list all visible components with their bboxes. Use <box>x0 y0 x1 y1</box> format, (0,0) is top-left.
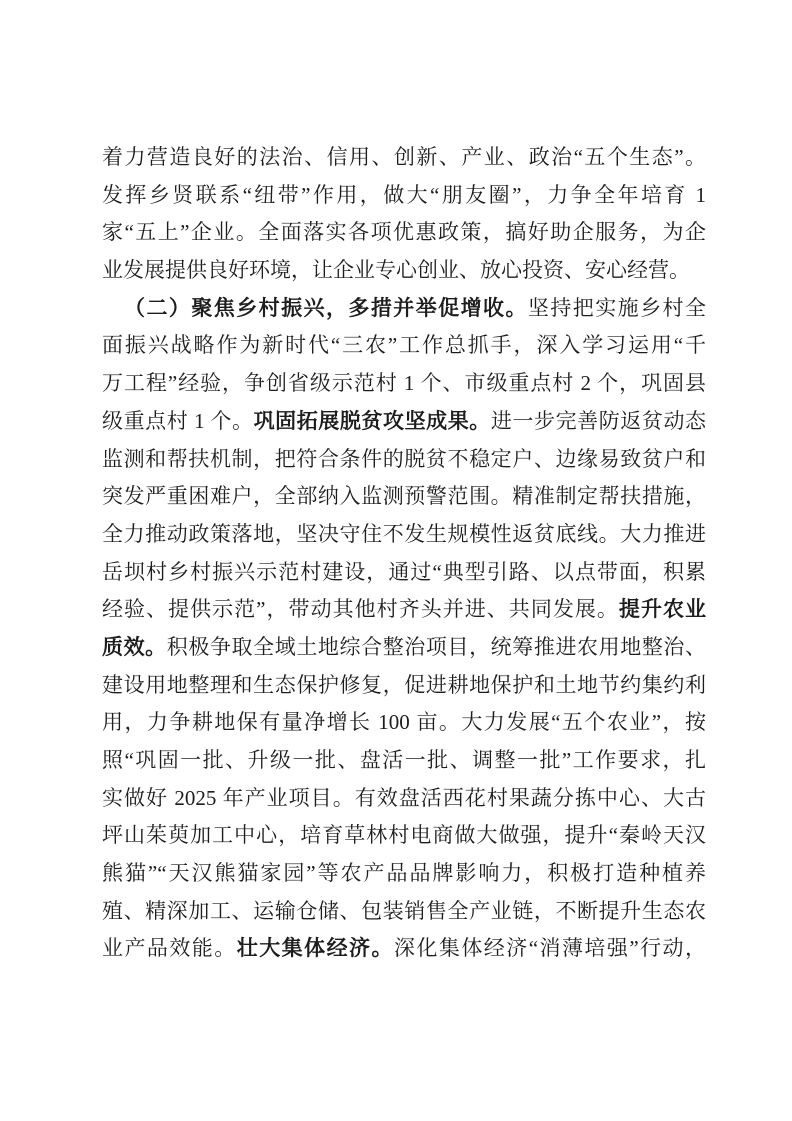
text-run: 级重点村 1 个。 <box>102 409 254 433</box>
text-line: 经验、提供示范”，带动其他村齐头并进、共同发展。提升农业 <box>102 591 706 629</box>
text-run: 发挥乡贤联系“纽带”作用，做大“朋友圈”，力争全年培育 1 <box>102 183 706 207</box>
text-line: 质效。积极争取全域土地综合整治项目，统筹推进农用地整治、 <box>102 629 706 667</box>
text-line: 岳坝村乡村振兴示范村建设，通过“典型引路、以点带面，积累 <box>102 554 706 592</box>
text-run: 坚持把实施乡村全 <box>528 296 706 320</box>
text-run: 业产品效能。 <box>102 936 237 960</box>
text-run: 殖、精深加工、运输仓储、包装销售全产业链，不断提升生态农 <box>102 899 706 923</box>
text-run: 全力推动政策落地，坚决守住不发生规模性返贫底线。大力推进 <box>102 522 706 546</box>
text-line: 殖、精深加工、运输仓储、包装销售全产业链，不断提升生态农 <box>102 893 706 931</box>
text-run: 积极争取全域土地综合整治项目，统筹推进农用地整治、 <box>167 635 706 659</box>
bold-text-run: 提升农业 <box>619 597 706 621</box>
text-run: 万工程”经验，争创省级示范村 1 个、市级重点村 2 个，巩固县 <box>102 371 706 395</box>
text-run: 照“巩固一批、升级一批、盘活一批、调整一批”工作要求，扎 <box>102 748 706 772</box>
text-run: 着力营造良好的法治、信用、创新、产业、政治“五个生态”。 <box>102 145 706 169</box>
text-paragraph: （二）聚焦乡村振兴，多措并举促增收。坚持把实施乡村全面振兴战略作为新时代“三农”… <box>102 290 706 968</box>
text-run: 坪山茱萸加工中心，培育草林村电商做大做强，提升“秦岭天汉 <box>102 823 706 847</box>
text-line: 万工程”经验，争创省级示范村 1 个、市级重点村 2 个，巩固县 <box>102 365 706 403</box>
bold-text-run: 壮大集体经济。 <box>237 936 394 960</box>
text-line: 级重点村 1 个。巩固拓展脱贫攻坚成果。进一步完善防返贫动态 <box>102 403 706 441</box>
text-run: 面振兴战略作为新时代“三农”工作总抓手，深入学习运用“千 <box>102 333 706 357</box>
bold-text-run: 质效。 <box>102 635 167 659</box>
text-line: 着力营造良好的法治、信用、创新、产业、政治“五个生态”。 <box>102 139 706 177</box>
text-run: 业发展提供良好环境，让企业专心创业、放心投资、安心经营。 <box>102 258 690 282</box>
text-line: 照“巩固一批、升级一批、盘活一批、调整一批”工作要求，扎 <box>102 742 706 780</box>
text-line: 面振兴战略作为新时代“三农”工作总抓手，深入学习运用“千 <box>102 327 706 365</box>
text-run: 建设用地整理和生态保护修复，促进耕地保护和土地节约集约利 <box>102 673 706 697</box>
text-run: 熊猫”“天汉熊猫家园”等农产品品牌影响力，积极打造种植养 <box>102 861 706 885</box>
text-run: 深化集体经济“消薄培强”行动， <box>394 936 706 960</box>
text-run: 监测和帮扶机制，把符合条件的脱贫不稳定户、边缘易致贫户和 <box>102 447 706 471</box>
text-block: 着力营造良好的法治、信用、创新、产业、政治“五个生态”。发挥乡贤联系“纽带”作用… <box>102 139 706 968</box>
text-run: 家“五上”企业。全面落实各项优惠政策，搞好助企服务，为企 <box>102 220 706 244</box>
text-run: 突发严重困难户，全部纳入监测预警范围。精准制定帮扶措施， <box>102 484 706 508</box>
text-paragraph: 着力营造良好的法治、信用、创新、产业、政治“五个生态”。发挥乡贤联系“纽带”作用… <box>102 139 706 290</box>
bold-text-run: （二）聚焦乡村振兴，多措并举促增收。 <box>124 296 528 320</box>
text-line: 建设用地整理和生态保护修复，促进耕地保护和土地节约集约利 <box>102 667 706 705</box>
text-line: 熊猫”“天汉熊猫家园”等农产品品牌影响力，积极打造种植养 <box>102 855 706 893</box>
text-line: 监测和帮扶机制，把符合条件的脱贫不稳定户、边缘易致贫户和 <box>102 441 706 479</box>
text-line: 业产品效能。壮大集体经济。深化集体经济“消薄培强”行动， <box>102 930 706 968</box>
text-run: 进一步完善防返贫动态 <box>491 409 706 433</box>
text-line: 实做好 2025 年产业项目。有效盘活西花村果蔬分拣中心、大古 <box>102 780 706 818</box>
text-line: （二）聚焦乡村振兴，多措并举促增收。坚持把实施乡村全 <box>102 290 706 328</box>
document-page: 着力营造良好的法治、信用、创新、产业、政治“五个生态”。发挥乡贤联系“纽带”作用… <box>0 0 792 1121</box>
text-line: 业发展提供良好环境，让企业专心创业、放心投资、安心经营。 <box>102 252 706 290</box>
text-run: 经验、提供示范”，带动其他村齐头并进、共同发展。 <box>102 597 619 621</box>
text-line: 全力推动政策落地，坚决守住不发生规模性返贫底线。大力推进 <box>102 516 706 554</box>
text-line: 家“五上”企业。全面落实各项优惠政策，搞好助企服务，为企 <box>102 214 706 252</box>
text-line: 发挥乡贤联系“纽带”作用，做大“朋友圈”，力争全年培育 1 <box>102 177 706 215</box>
text-line: 坪山茱萸加工中心，培育草林村电商做大做强，提升“秦岭天汉 <box>102 817 706 855</box>
text-run: 实做好 2025 年产业项目。有效盘活西花村果蔬分拣中心、大古 <box>102 786 706 810</box>
text-run: 用，力争耕地保有量净增长 100 亩。大力发展“五个农业”，按 <box>102 710 706 734</box>
bold-text-run: 巩固拓展脱贫攻坚成果。 <box>254 409 491 433</box>
text-line: 用，力争耕地保有量净增长 100 亩。大力发展“五个农业”，按 <box>102 704 706 742</box>
text-run: 岳坝村乡村振兴示范村建设，通过“典型引路、以点带面，积累 <box>102 560 706 584</box>
text-line: 突发严重困难户，全部纳入监测预警范围。精准制定帮扶措施， <box>102 478 706 516</box>
